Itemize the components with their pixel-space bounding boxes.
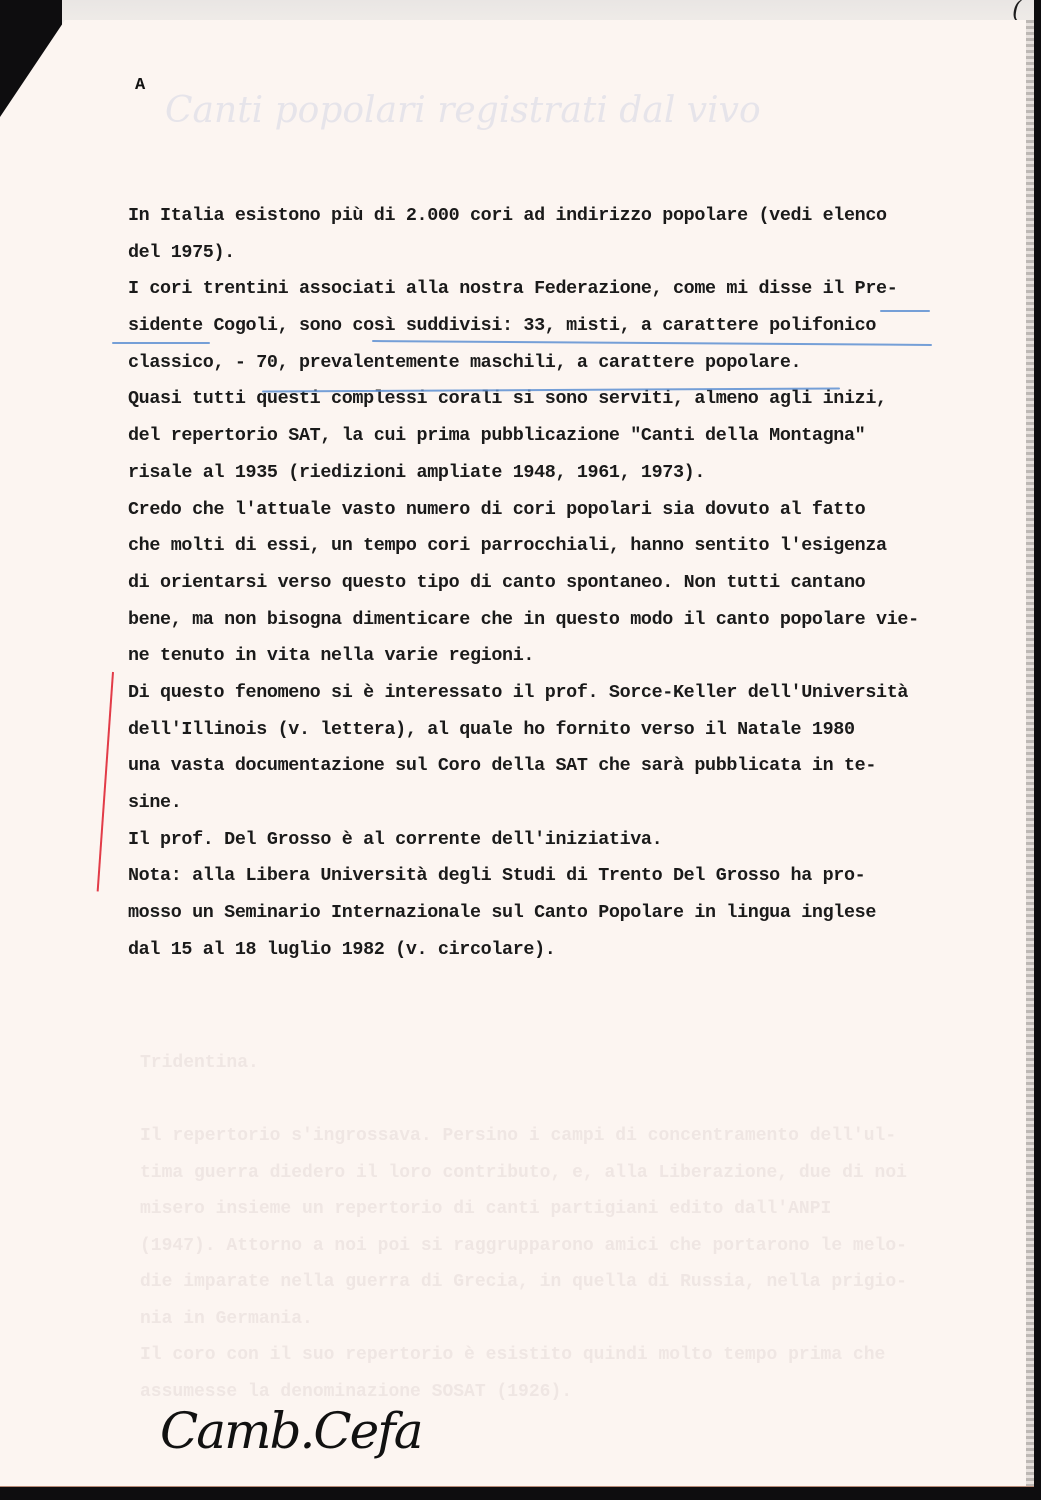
faint-handwritten-title: Canti popolari registrati dal vivo	[165, 90, 761, 131]
text-line: Il prof. Del Grosso è al corrente dell'i…	[128, 822, 968, 859]
text-line: In Italia esistono più di 2.000 cori ad …	[128, 198, 968, 235]
bleed-through-text: Tridentina. Il repertorio s'ingrossava. …	[140, 1045, 907, 1410]
text-line: una vasta documentazione sul Coro della …	[128, 748, 968, 785]
text-line: che molti di essi, un tempo cori parrocc…	[128, 528, 968, 565]
text-line: sine.	[128, 785, 968, 822]
text-line: dal 15 al 18 luglio 1982 (v. circolare).	[128, 932, 968, 969]
text-line: bene, ma non bisogna dimenticare che in …	[128, 602, 968, 639]
text-line: I cori trentini associati alla nostra Fe…	[128, 271, 968, 308]
pen-underline	[880, 310, 930, 312]
margin-bar	[97, 672, 114, 892]
text-line: mosso un Seminario Internazionale sul Ca…	[128, 895, 968, 932]
document-page: Canti popolari registrati dal vivo Tride…	[0, 20, 1034, 1487]
text-line: classico, - 70, prevalentemente maschili…	[128, 345, 968, 382]
text-line: sidente Cogoli, sono così suddivisi: 33,…	[128, 308, 968, 345]
text-line: Di questo fenomeno si è interessato il p…	[128, 675, 968, 712]
text-line: Credo che l'attuale vasto numero di cori…	[128, 492, 968, 529]
text-line: ne tenuto in vita nella varie regioni.	[128, 638, 968, 675]
page-edge	[1026, 20, 1034, 1486]
text-line: Nota: alla Libera Università degli Studi…	[128, 858, 968, 895]
margin-letter: A	[135, 76, 145, 95]
text-line: Quasi tutti questi complessi corali si s…	[128, 381, 968, 418]
text-line: di orientarsi verso questo tipo di canto…	[128, 565, 968, 602]
text-line: del repertorio SAT, la cui prima pubblic…	[128, 418, 968, 455]
text-line: dell'Illinois (v. lettera), al quale ho …	[128, 712, 968, 749]
signature: Camb.Cefa	[160, 1402, 422, 1460]
text-line: del 1975).	[128, 235, 968, 272]
text-line: risale al 1935 (riedizioni ampliate 1948…	[128, 455, 968, 492]
typed-body-text: In Italia esistono più di 2.000 cori ad …	[128, 198, 968, 968]
pen-underline	[112, 342, 210, 344]
